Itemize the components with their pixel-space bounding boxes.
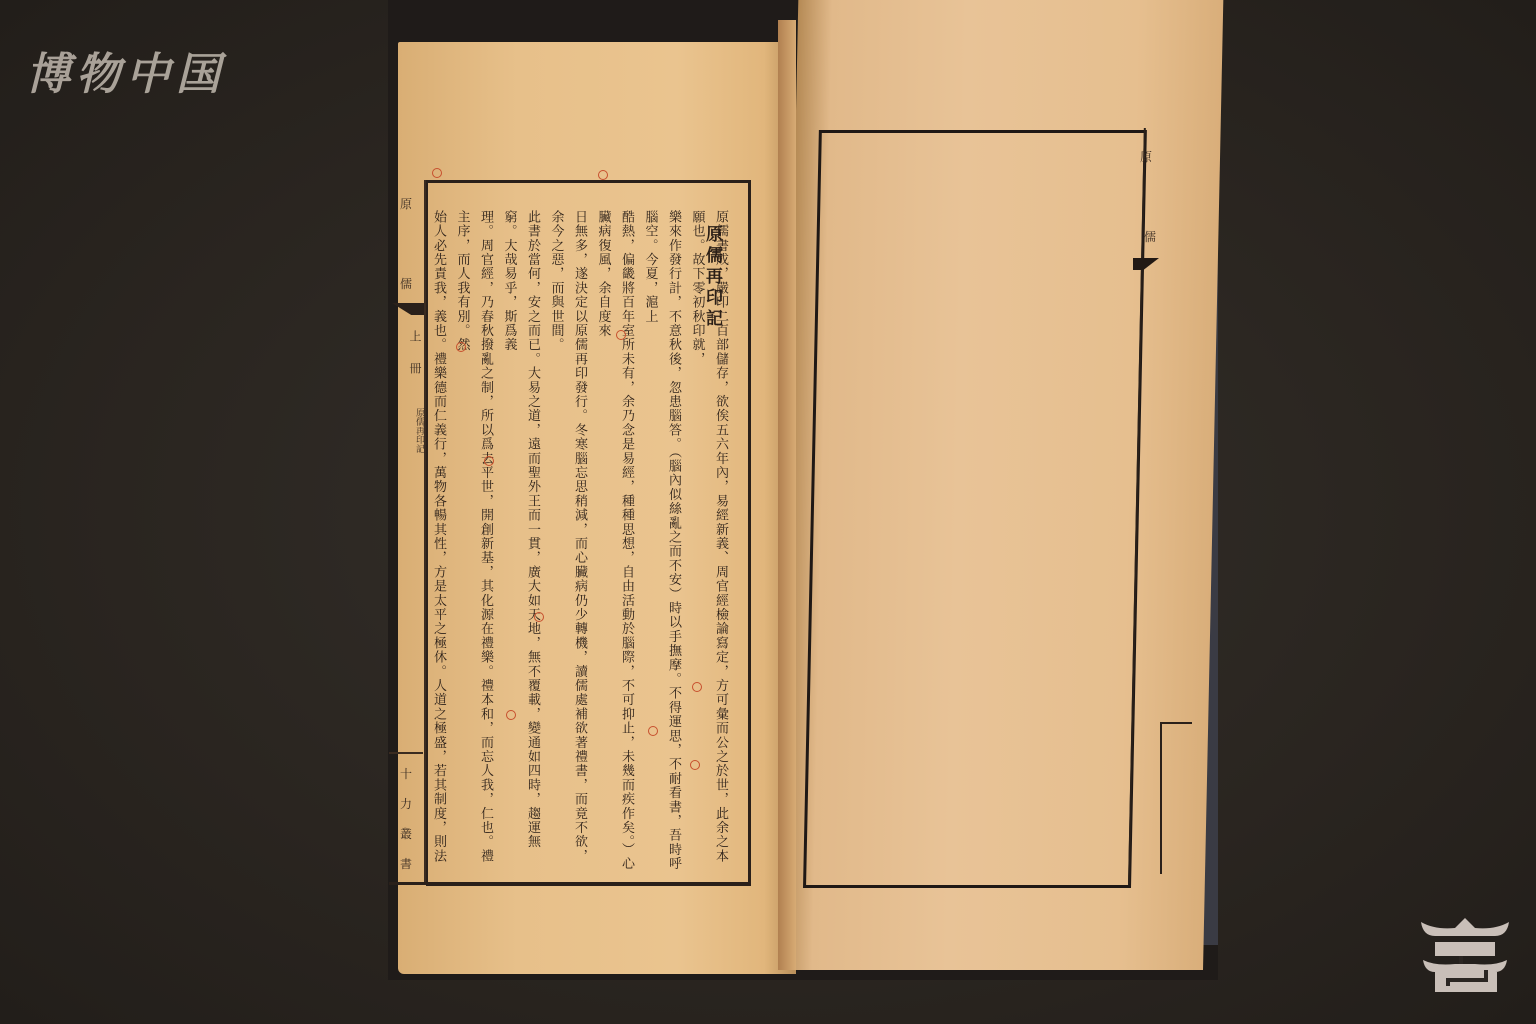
margin-char: 力 xyxy=(392,795,420,812)
site-logo: 博物中国 xyxy=(26,38,226,102)
red-annotation-mark xyxy=(484,456,494,466)
margin-char: 原 xyxy=(392,195,420,212)
margin-char: 十 xyxy=(392,765,420,782)
red-annotation-mark xyxy=(534,612,544,622)
red-annotation-mark xyxy=(432,168,442,178)
text-column: 日無多，遂決定以原儒再印發行。冬寒腦忘思稍減，而心臟病仍少轉機，讀儒處補欲著禮書… xyxy=(544,210,591,875)
text-column: 原儒書成，嚴印二百部儲存，欲俟五六年內，易經新義、周官經檢論寫定，方可彙而公之於… xyxy=(685,210,732,875)
margin-char: 叢 xyxy=(392,825,420,842)
red-annotation-mark xyxy=(616,330,626,340)
margin-volume: 上 冊 xyxy=(396,330,424,382)
pavilion-emblem-icon xyxy=(1415,912,1515,994)
text-column: 酷熱，偏畿將百年室所未有，余乃念是易經，種種思想，自由活動於腦際，不可抑止，未幾… xyxy=(591,210,638,875)
red-annotation-mark xyxy=(506,710,516,720)
red-annotation-mark xyxy=(692,682,702,692)
frame-bottom-rule xyxy=(389,882,751,885)
body-text: 原儒書成，嚴印二百部儲存，欲俟五六年內，易經新義、周官經檢論寫定，方可彙而公之於… xyxy=(432,210,732,875)
text-column: 此書於當何，安之而已。大易之道，遠而聖外王而一貫，廣大如天地，無不覆載，變通如四… xyxy=(497,210,544,875)
text-column: 樂來作發行計，不意秋後，忽患腦答。（腦內似絲亂之而不安）時以手撫摩。不得運思，不… xyxy=(638,210,685,875)
margin-divider xyxy=(389,752,423,754)
margin-char: 儒 xyxy=(1140,228,1160,245)
margin-char: 原 xyxy=(1136,148,1156,165)
margin-section: 原儒再印記 xyxy=(398,408,426,453)
right-page-frame xyxy=(803,130,1147,888)
margin-char: 書 xyxy=(392,855,420,872)
red-annotation-mark xyxy=(598,170,608,180)
margin-char: 儒 xyxy=(392,275,420,292)
red-annotation-mark xyxy=(456,342,466,352)
text-column: 始人必先責我，義也。禮樂德而仁義行，萬物各暢其性，方是太平之極休。人道之極盛，若… xyxy=(432,210,450,875)
right-margin-strip xyxy=(1160,722,1192,874)
red-annotation-mark xyxy=(690,760,700,770)
book-spine-gutter xyxy=(778,20,796,970)
text-column: 理。周官經，乃春秋撥亂之制，所以爲去平世，開創新基，其化源在禮樂。禮本和，而忘人… xyxy=(450,210,497,875)
red-annotation-mark xyxy=(648,726,658,736)
